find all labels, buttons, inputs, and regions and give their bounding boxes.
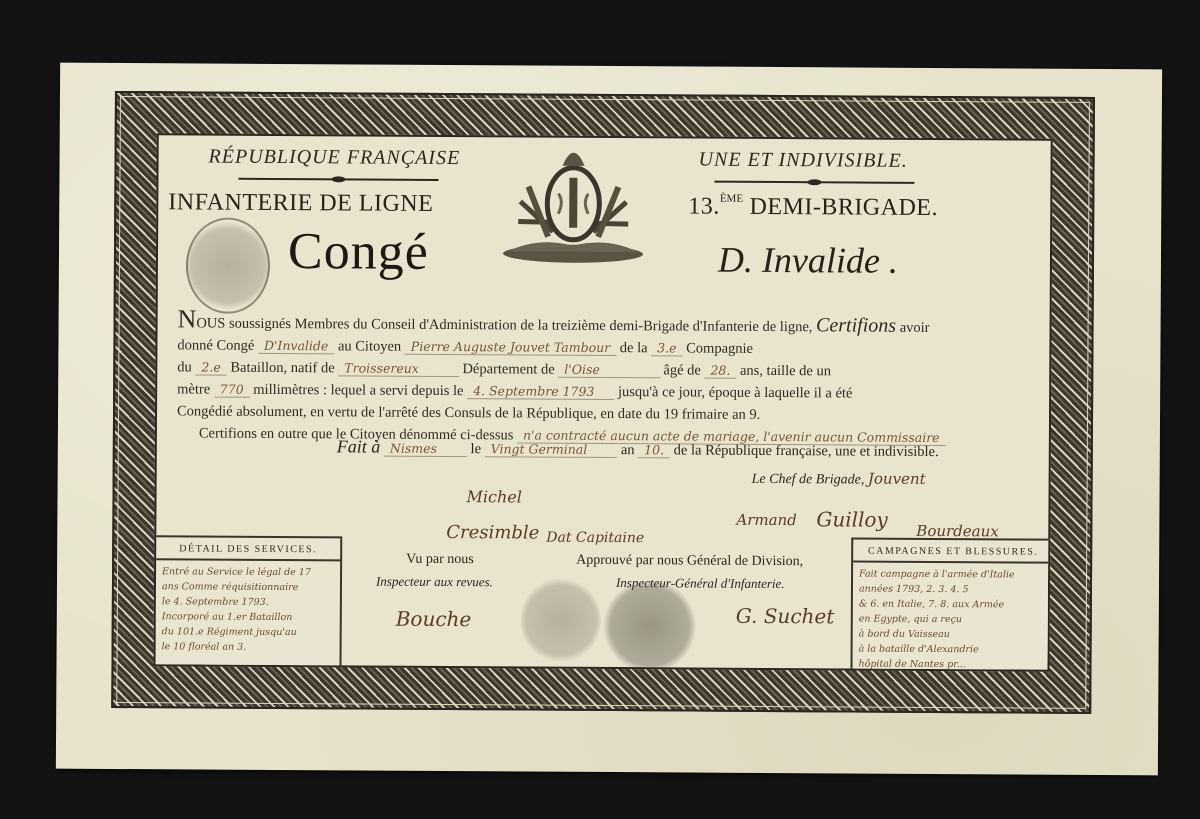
fill-service-start-date: 4. Septembre 1793 bbox=[467, 383, 614, 400]
brigade-number: 13. bbox=[688, 193, 720, 219]
drop-initial: N bbox=[178, 304, 197, 333]
chef-signature: Jouvent bbox=[868, 470, 926, 488]
discharge-certificate-paper: RÉPUBLIQUE FRANÇAISE UNE ET INDIVISIBLE.… bbox=[56, 63, 1162, 776]
campaign-line: années 1793, 2. 3. 4. 5 bbox=[859, 582, 1047, 598]
body-line-4a: mètre bbox=[177, 381, 210, 397]
general-signature: G. Suchet bbox=[736, 604, 835, 629]
fill-discharge-type: D'Invalide bbox=[258, 338, 334, 354]
body-line-1: OUS soussignés Membres du Conseil d'Admi… bbox=[196, 315, 812, 335]
campaigns-title: Campagnes et Blessures. bbox=[853, 539, 1053, 563]
body-line-3b: Bataillon, natif de bbox=[230, 360, 334, 377]
certifions-word: Certifions bbox=[816, 314, 896, 336]
body-line-2c: de la bbox=[620, 340, 648, 356]
header-motto-right: UNE ET INDIVISIBLE. bbox=[699, 149, 908, 173]
brigade-suffix: ÈME bbox=[720, 193, 743, 205]
campaign-line: en Egypte, qui a reçu bbox=[859, 612, 1047, 628]
certificate-body-text: NOUS soussignés Membres du Conseil d'Adm… bbox=[177, 310, 1030, 449]
body-line-2b: au Citoyen bbox=[338, 338, 401, 354]
body-line-3c: Département de bbox=[462, 361, 554, 378]
main-title: Congé bbox=[288, 222, 429, 282]
body-line-3a: du bbox=[177, 359, 192, 375]
fill-department: l'Oise bbox=[558, 362, 660, 379]
campaign-line: à la bataille d'Alexandrie bbox=[859, 642, 1047, 658]
fait-end: de la République française, une et indiv… bbox=[674, 442, 939, 460]
campaign-line: hôpital de Nantes pr... bbox=[858, 657, 1046, 672]
fill-battalion: 2.e bbox=[195, 359, 226, 375]
body-line-3d: âgé de bbox=[663, 362, 701, 378]
signature-armand: Armand bbox=[736, 511, 797, 529]
vu-par-nous: Vu par nous bbox=[406, 552, 474, 568]
service-line: Entré au Service le légal de 17 bbox=[162, 564, 334, 580]
inspecteur-signature: Bouche bbox=[396, 607, 472, 631]
signature-dat-capitaine: Dat Capitaine bbox=[546, 530, 644, 547]
chef-de-brigade-line: Le Chef de Brigade, Jouvent bbox=[752, 469, 926, 489]
body-line-2d: Compagnie bbox=[686, 340, 753, 356]
inspecteur-aux-revues: Inspecteur aux revues. bbox=[376, 574, 493, 591]
body-line-4b: millimètres : lequel a servi depuis le bbox=[253, 382, 463, 399]
fill-date: Vingt Germinal bbox=[485, 441, 618, 458]
approuve-par-general: Approuvé par nous Général de Division, bbox=[576, 553, 803, 570]
fait-label: Fait à bbox=[337, 436, 381, 456]
wax-seal-left-icon bbox=[521, 577, 602, 662]
signature-cresimble: Cresimble bbox=[446, 522, 539, 544]
signature-guilloy: Guilloy bbox=[816, 507, 888, 531]
header-title-left: INFANTERIE DE LIGNE bbox=[168, 189, 433, 218]
fill-citizen-name: Pierre Auguste Jouvet Tambour bbox=[405, 339, 616, 356]
body-line-2a: donné Congé bbox=[177, 337, 254, 353]
fill-company: 3.e bbox=[651, 340, 682, 356]
campaign-line: & 6. en Italie, 7. 8. aux Armée bbox=[859, 597, 1047, 613]
ornamental-border: RÉPUBLIQUE FRANÇAISE UNE ET INDIVISIBLE.… bbox=[111, 91, 1095, 714]
body-line-4c: jusqu'à ce jour, époque à laquelle il a … bbox=[618, 384, 852, 401]
brigade-title: DEMI-BRIGADE. bbox=[749, 194, 938, 221]
campaign-line: à bord du Vaisseau bbox=[859, 627, 1047, 643]
fill-birthplace: Troissereux bbox=[338, 360, 459, 377]
header-motto-left: RÉPUBLIQUE FRANÇAISE bbox=[209, 146, 461, 171]
fill-height: 770 bbox=[214, 382, 250, 398]
seal-stamp-icon bbox=[186, 217, 271, 314]
service-line: Incorporé au 1.er Bataillon bbox=[162, 609, 334, 625]
service-line: le 4. Septembre 1793. bbox=[162, 594, 334, 610]
handwritten-discharge-type: D. Invalide . bbox=[718, 239, 898, 282]
service-line: du 101.e Régiment jusqu'au bbox=[162, 624, 334, 640]
fait-le: le bbox=[471, 441, 482, 457]
body-line-3e: ans, taille de un bbox=[740, 363, 831, 380]
fill-year: 10. bbox=[638, 442, 670, 458]
fill-age: 28. bbox=[704, 363, 736, 379]
header-rule-left bbox=[238, 178, 438, 181]
republic-emblem-icon bbox=[498, 141, 649, 266]
place-and-date-line: Fait à Nismes le Vingt Germinal an 10. d… bbox=[337, 436, 939, 461]
body-line-1-end: avoir bbox=[900, 320, 930, 336]
service-line: le 10 floréal an 3. bbox=[162, 639, 334, 655]
fill-place: Nismes bbox=[384, 441, 467, 458]
header-title-right: 13.ÈME DEMI-BRIGADE. bbox=[688, 192, 938, 222]
service-details-box: Détail des Services. Entré au Service le… bbox=[153, 535, 342, 671]
campaign-line: Fait campagne à l'armée d'Italie bbox=[859, 567, 1047, 583]
service-details-title: Détail des Services. bbox=[156, 537, 340, 561]
fait-an: an bbox=[621, 442, 635, 458]
certificate-content: RÉPUBLIQUE FRANÇAISE UNE ET INDIVISIBLE.… bbox=[153, 133, 1052, 671]
wax-seal-right-icon bbox=[603, 580, 696, 672]
signature-michel: Michel bbox=[466, 487, 521, 506]
header-rule-right bbox=[714, 181, 914, 184]
chef-label: Le Chef de Brigade, bbox=[752, 472, 865, 488]
campaigns-box: Campagnes et Blessures. Fait campagne à … bbox=[850, 537, 1052, 671]
service-line: ans Comme réquisitionnaire bbox=[162, 579, 334, 595]
